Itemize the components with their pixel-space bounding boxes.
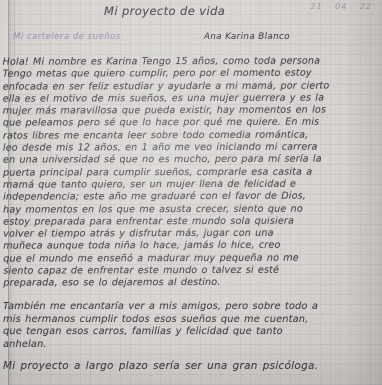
page-title: Mi proyecto de vida xyxy=(104,4,225,18)
notebook-page-photo: Mi proyecto de vida 21 04 22 Mi carteler… xyxy=(0,0,382,385)
handwriting-line: anhelan. xyxy=(3,339,382,352)
handwriting-line: También me encantaría ver a mis amigos, … xyxy=(3,301,382,314)
subtitle: Mi cartelera de sueños xyxy=(13,32,121,42)
date-stamp: 21 04 22 xyxy=(310,2,372,11)
handwriting-line: enfocada en ser feliz estudiar y ayudarl… xyxy=(3,80,382,94)
handwriting-line: Mi proyecto a largo plazo sería ser una … xyxy=(3,360,382,372)
paragraph-friends: También me encantaría ver a mis amigos, … xyxy=(3,301,382,351)
handwriting-line: que tengan esos carros, familias y felic… xyxy=(3,326,382,339)
handwriting-line: preparada, eso se lo dejaremos al destin… xyxy=(3,277,382,291)
handwriting-line: mis hermanos cumplir todos esos sueños q… xyxy=(3,314,382,327)
paragraph-main: Hola! Mi nombre es Karina Tengo 15 años,… xyxy=(3,55,382,290)
author-name: Ana Karina Blanco xyxy=(204,32,290,42)
paragraph-long-term: Mi proyecto a largo plazo sería ser una … xyxy=(3,360,382,372)
margin-line xyxy=(14,0,15,58)
